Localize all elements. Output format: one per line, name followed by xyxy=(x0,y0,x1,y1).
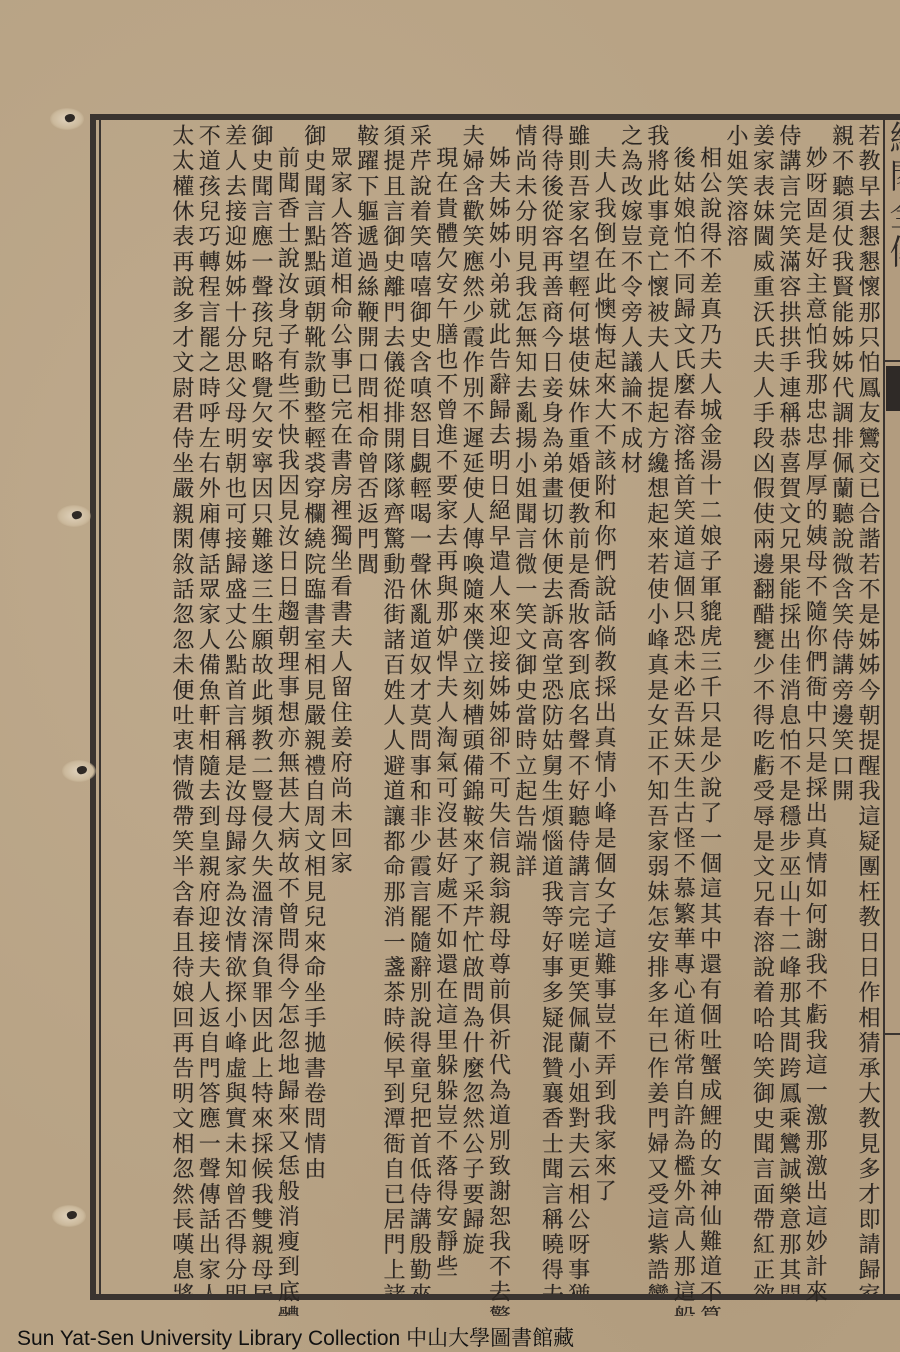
text-column: 姜家表妹閫威重沃氏夫人手段凶假使兩邊翻醋甕少不得吃虧受辱是文兄春溶說着哈哈笑御史… xyxy=(748,124,774,1294)
text-column: 須提且言御史離門去儀從排開隊隊齊驚動沿街諸百姓人人避道讓都命那消一盞茶時候早到潭… xyxy=(379,124,405,1294)
text-column: 我將此事竟亡懷被夫人提起方纔想起來若使小峰真是女正不知吾家弱妹怎安排多年已作姜門… xyxy=(642,124,668,1294)
text-column: 太太權休表再說多才文尉君侍坐嚴親閑敘話忽忽未便吐衷情微帶笑半含春且待娘回再告明文… xyxy=(167,124,193,1294)
text-column: 御史聞言點點頭朝靴款動整輕裘穿欄繞院臨書室相見嚴親禮自周文相見兒來命坐手拋書卷問… xyxy=(299,124,325,1294)
text-column: 後姑娘怕不同歸文氏麼春溶搖首笑道這個只恐未必吾妹天生古怪不慕繁華專心道術常自許為… xyxy=(669,124,695,1316)
text-column: 侍講言完笑滿容拱拱手連稱恭喜賀文兄果能採出佳消息怕不是穩步巫山十二峰那其間跨鳳乘… xyxy=(774,124,800,1294)
text-column: 妙呀固是好主意怕我那忠忠厚厚的姨母不隨你們衙中只是採出真情如何謝我不虧我這一激那… xyxy=(801,124,827,1316)
text-column: 鞍躍下軀遞過絲鞭開口問相命曾否返門閭 xyxy=(352,124,378,1294)
text-column: 不道孩兒巧轉程言罷之時呼左右外廂傳話眾家人備魚軒相隨去到皇親府迎接夫人返自門答應… xyxy=(194,124,220,1294)
binding-hole-icon xyxy=(50,108,84,130)
frame-inner-rule xyxy=(99,120,101,1294)
text-column: 眾家人答道相命公事已完在書房裡獨坐看書夫人留住姜府尚未回家 xyxy=(326,124,352,1316)
text-column: 雖則吾家名望輕何堪使妹作重婚便教前是喬妝客到底名聲不好聽侍講言完嗟更笑佩蘭小姐對… xyxy=(563,124,589,1294)
scanned-page: 綉閣全傳 若教早去懇懇懷那只怕鳳友鸞交已合諧若不是姊姊今朝提醒我這疑團枉教日日作… xyxy=(0,0,900,1352)
text-column: 采芹說着笑嘻嘻御史含嗔怒目覷輕喝一聲休亂道奴才莫問事和非少霞言罷隨辭別說得童兒把… xyxy=(405,124,431,1294)
library-caption: Sun Yat-Sen University Library Collectio… xyxy=(17,1322,574,1352)
binding-hole-icon xyxy=(62,760,96,782)
text-column: 夫婦含歡笑應然少霞作別不遲延使人傳喚隨來僕立刻槽頭備錦鞍來了采芹忙啟問為什麼忽然… xyxy=(458,124,484,1294)
text-column: 之為改嫁豈不令旁人議論不成材 xyxy=(616,124,642,1294)
text-columns: 若教早去懇懇懷那只怕鳳友鸞交已合諧若不是姊姊今朝提醒我這疑團枉教日日作相猜承大教… xyxy=(167,124,880,1294)
spine-fishtail-mark xyxy=(886,366,900,411)
binding-hole-icon xyxy=(52,1205,86,1227)
text-column: 情尚未分明見我怎無知去亂揚小姐聞言微一笑文御史當時立起告端詳 xyxy=(511,124,537,1294)
text-column: 差人去接迎姊姊十分思父母明朝也可接歸盛丈公點首言稱是汝母歸家為汝情欲探小峰虛與實… xyxy=(220,124,246,1294)
text-column: 現在貴體欠安午膳也不曾進不要家去再與那妒悍夫人淘氣可沒甚好處不如還在這里躲躲豈不… xyxy=(431,124,457,1316)
text-column: 若教早去懇懇懷那只怕鳳友鸞交已合諧若不是姊姊今朝提醒我這疑團枉教日日作相猜承大教… xyxy=(854,124,880,1294)
text-column: 得待後從容再善商今日妾身為弟畫切休便去訴高堂恐防姑舅生煩惱道我等好事多疑混贊襄香… xyxy=(537,124,563,1294)
text-column: 夫人我倒在此懊悔起來大不該附和你們說話倘教採出真情小峰是個女子這難事豈不弄到我家… xyxy=(590,124,616,1316)
text-column: 姊夫姊姊小弟就此告辭歸去明日絕早遣人來迎接姊姊卻不可失信親翁親母尊前俱祈代為道別… xyxy=(484,124,510,1316)
spine-title: 綉閣全傳 xyxy=(886,120,900,272)
spine-margin xyxy=(885,120,900,1294)
text-column: 御史聞言應一聲孩兒略覺欠安寧因只難遂三生願故此頻教二豎侵久失溫清深負罪因此上特來… xyxy=(247,124,273,1294)
spine-divider xyxy=(885,1033,900,1035)
binding-hole-icon xyxy=(57,505,91,527)
text-column: 相公說得不差真乃夫人城金湯十二娘子軍貔虎三千只是少說了一個這其中還有個吐蟹成鯉的… xyxy=(695,124,721,1316)
text-column: 前聞香士說汝身子有些不快我因見汝日日趨朝理事想亦無甚大病故不曾問得今怎忽地歸來又… xyxy=(273,124,299,1316)
text-column: 小姐笑溶溶 xyxy=(722,124,748,1294)
spine-divider xyxy=(885,360,900,362)
text-column: 親不聽須仗我賢能姊姊代調排佩蘭聽說微含笑侍講旁邊笑口開 xyxy=(827,124,853,1294)
